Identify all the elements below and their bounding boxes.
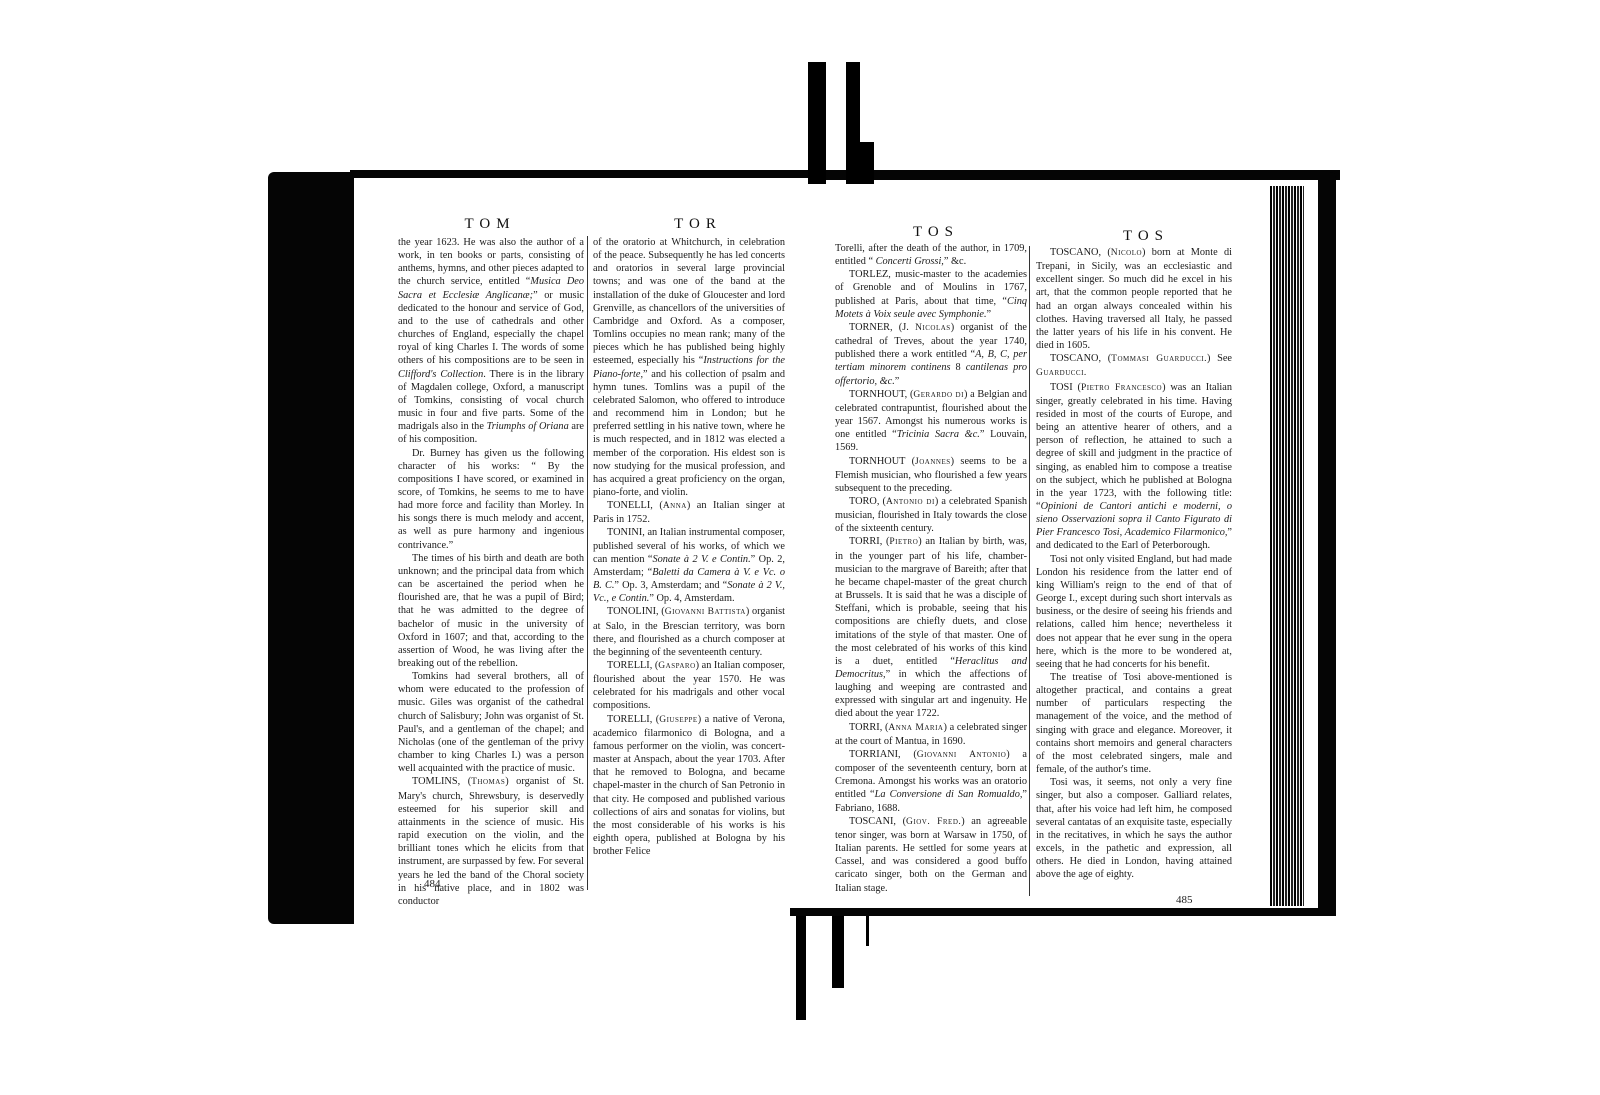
left-cover-edge [268,172,354,924]
paragraph: of the oratorio at Whitchurch, in celebr… [593,236,785,499]
right-page-column-1: Torelli, after the death of the author, … [835,242,1027,895]
bottom-binding-strip [790,908,1336,916]
paragraph: Dr. Burney has given us the following ch… [398,447,584,552]
paragraph: TORRI, (Pietro) an Italian by birth, was… [835,535,1027,720]
left-page-column-2: of the oratorio at Whitchurch, in celebr… [593,236,785,858]
paragraph: the year 1623. He was also the author of… [398,236,584,447]
paragraph: TOSI (Pietro Francesco) was an Italian s… [1036,381,1232,553]
right-page-column-2: TOSCANO, (Nicolo) born at Monte di Trepa… [1036,246,1232,882]
paragraph: TORNHOUT, (Gerardo di) a Belgian and cel… [835,388,1027,455]
left-col1-running-head: TOM [440,216,540,233]
right-col2-running-head: TOS [1096,228,1196,245]
left-col2-running-head: TOR [648,216,748,233]
paragraph: The treatise of Tosi above-mentioned is … [1036,671,1232,776]
paragraph: Tomkins had several brothers, all of who… [398,670,584,775]
paragraph: TORRI, (Anna Maria) a celebrated singer … [835,721,1027,748]
paragraph: TONINI, an Italian instrumental composer… [593,526,785,605]
paragraph: Tosi not only visited England, but had m… [1036,553,1232,671]
right-page-edges [1270,186,1304,906]
paragraph: TORLEZ, music-master to the academies of… [835,268,1027,321]
left-page-column-rule [587,236,588,890]
spine-shadow-top-1 [808,62,826,188]
spine-shadow-bottom-1 [796,916,806,1020]
paragraph: TORO, (Antonio di) a celebrated Spanish … [835,495,1027,535]
paragraph: The times of his birth and death are bot… [398,552,584,670]
right-page-column-rule [1029,246,1030,896]
paragraph: Tosi was, it seems, not only a very fine… [1036,776,1232,881]
right-cover-edge [1318,172,1336,914]
right-page-number: 485 [1176,894,1193,906]
left-page-number: 484 [424,878,441,890]
spine-shadow-bottom-2 [832,916,844,988]
paragraph: TORELLI, (Gasparo) an Italian composer, … [593,659,785,713]
paragraph: TORELLI, (Giuseppe) a native of Verona, … [593,713,785,859]
right-col1-running-head: TOS [886,224,986,241]
paragraph: TONELLI, (Anna) an Italian singer at Par… [593,499,785,526]
paragraph: TORNER, (J. Nicolas) organist of the cat… [835,321,1027,388]
paragraph: TOSCANI, (Giov. Fred.) an agreeable teno… [835,815,1027,895]
paragraph: Torelli, after the death of the author, … [835,242,1027,268]
paragraph: TOSCANO, (Tommasi Guarducci.) See Guardu… [1036,352,1232,380]
paragraph: TORNHOUT (Joannes) seems to be a Flemish… [835,455,1027,495]
spine-shadow-top-3 [860,142,874,188]
paragraph: TOSCANO, (Nicolo) born at Monte di Trepa… [1036,246,1232,352]
spine-shadow-top-2 [846,62,860,188]
spine-shadow-bottom-3 [866,916,869,946]
left-page-column-1: the year 1623. He was also the author of… [398,236,584,908]
paragraph: TONOLINI, (Giovanni Battista) organist a… [593,605,785,659]
paragraph: TORRIANI, (Giovanni Antonio) a composer … [835,748,1027,815]
